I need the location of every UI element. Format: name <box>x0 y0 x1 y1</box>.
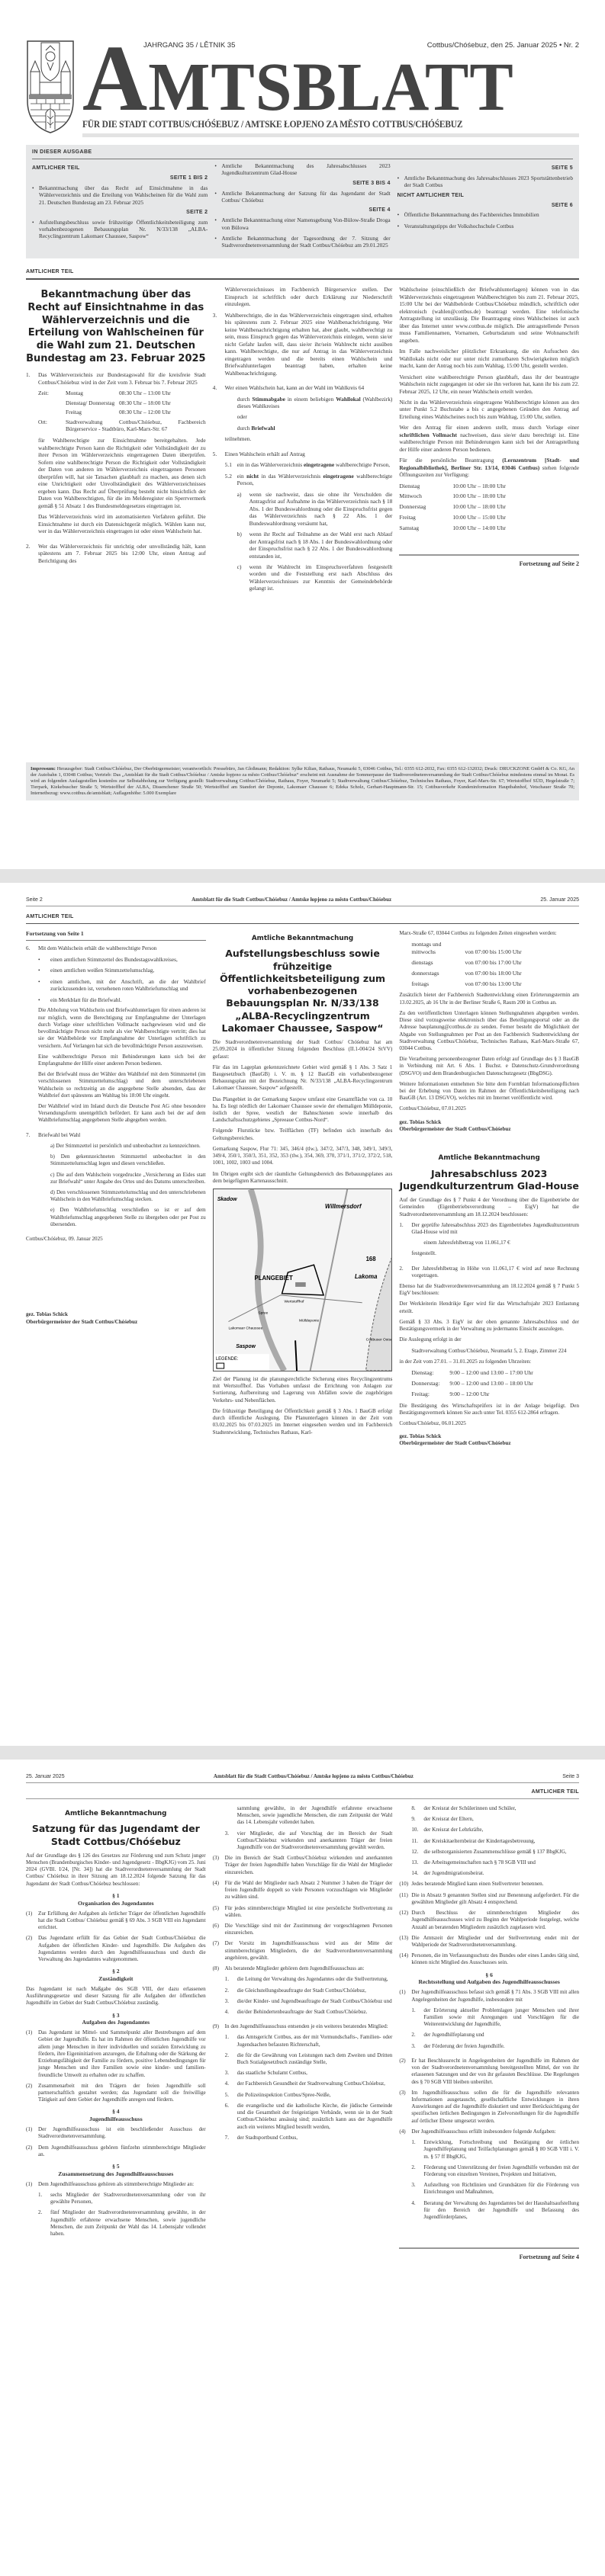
svg-text:Saspow: Saspow <box>236 1344 256 1349</box>
page-1: JAHRGANG 35 / LĚTNIK 35 Cottbus/Chóśebuz… <box>0 0 605 869</box>
masthead-rule <box>82 133 579 137</box>
toc-item[interactable]: Amtliche Bekanntmachung des Jahresabschl… <box>397 175 573 189</box>
publication-subtitle: FÜR DIE STADT COTTBUS/CHÓŚEBUZ / AMTSKE … <box>82 119 544 131</box>
article-title: Bekanntmachung über das Recht auf Einsic… <box>26 289 206 365</box>
toc-column-1: AMTLICHER TEIL SEITE 1 BIS 2 Bekanntmach… <box>32 162 208 253</box>
article-title: Aufstellungsbeschluss sowie frühzeitige … <box>213 948 393 1035</box>
column-3: Wahlscheine (einschließlich der Briefwah… <box>399 286 579 599</box>
column-2: Wählerverzeichnisses im Fachbereich Bürg… <box>213 286 393 599</box>
table-of-contents: IN DIESER AUSGABE AMTLICHER TEIL SEITE 1… <box>26 145 579 258</box>
running-header: Seite 2 Amtsblatt für die Stadt Cottbus/… <box>26 897 579 906</box>
page-2: Seite 2 Amtsblatt für die Stadt Cottbus/… <box>0 869 605 1746</box>
column-1: Amtliche Bekanntmachung Satzung für das … <box>26 1805 206 2262</box>
svg-text:Willmersdorf: Willmersdorf <box>325 1203 362 1210</box>
schedule-table: Zeit:Montag08:30 Uhr – 13:00 Uhr Diensta… <box>38 390 206 432</box>
column-2: Amtliche Bekanntmachung Aufstellungsbesc… <box>213 930 393 1448</box>
svg-text:Wertstoffhof: Wertstoffhof <box>284 1300 304 1304</box>
publication-title: AMTSBLATT <box>82 46 579 120</box>
toc-item[interactable]: Veranstaltungstipps der Volkshochschule … <box>397 223 573 229</box>
toc-heading: IN DIESER AUSGABE <box>32 149 573 159</box>
toc-item[interactable]: Aufstellungsbeschluss sowie frühzeitige … <box>32 219 208 240</box>
column-1: Fortsetzung von Seite 1 6. Mit dem Wahls… <box>26 930 206 1448</box>
toc-item[interactable]: Amtliche Bekanntmachung der Satzung für … <box>214 190 390 204</box>
section-label: AMTLICHER TEIL <box>26 258 579 280</box>
viewing-hours-table: montags und mittwochsvon 07:00 bis 15:00… <box>399 941 579 987</box>
toc-column-3: SEITE 5 Amtliche Bekanntmachung des Jahr… <box>397 162 573 253</box>
toc-item[interactable]: Amtliche Bekanntmachung der Tagesordnung… <box>214 235 390 249</box>
opening-hours-table: Dienstag10:00 Uhr – 18:00 Uhr Mittwoch10… <box>399 483 579 532</box>
toc-item[interactable]: Amtliche Bekanntmachung des Jahresabschl… <box>214 162 390 177</box>
svg-text:Spree: Spree <box>258 1311 268 1316</box>
continued-link[interactable]: Fortsetzung auf Seite 2 <box>399 554 579 568</box>
running-header: 25. Januar 2025 Amtsblatt für die Stadt … <box>26 1773 579 1783</box>
continued-link[interactable]: Fortsetzung auf Seite 4 <box>399 2247 579 2261</box>
city-coat-of-arms-icon <box>26 40 75 134</box>
site-plan-map: Skadow Willmersdorf 168 PLANGEBIET Lakom… <box>213 1189 393 1371</box>
section-label: AMTLICHER TEIL <box>26 1783 579 1799</box>
signature: gez. Tobias SchickOberbürgermeister der … <box>399 1433 579 1447</box>
section-label: AMTLICHER TEIL <box>26 906 579 924</box>
toc-item[interactable]: Amtliche Bekanntmachung einer Namensgebu… <box>214 217 390 231</box>
masthead-text: JAHRGANG 35 / LĚTNIK 35 Cottbus/Chóśebuz… <box>82 40 579 137</box>
column-3: 8.der Kreisrat der Schülerinnen und Schü… <box>399 1805 579 2262</box>
impressum: Impressum: Herausgeber: Stadt Cottbus/Ch… <box>26 762 579 800</box>
svg-text:Skadow: Skadow <box>217 1197 237 1202</box>
svg-text:168: 168 <box>365 1256 376 1262</box>
svg-text:Lakoma: Lakoma <box>355 1273 378 1280</box>
svg-text:PLANGEBIET: PLANGEBIET <box>254 1275 292 1282</box>
column-1: Bekanntmachung über das Recht auf Einsic… <box>26 286 206 599</box>
svg-text:LEGENDE:: LEGENDE: <box>216 1357 239 1362</box>
article-title: Jahresabschluss 2023 Jugendkulturzentrum… <box>399 1168 579 1193</box>
signature: gez. Tobias SchickOberbürgermeister der … <box>26 1311 206 1325</box>
masthead: JAHRGANG 35 / LĚTNIK 35 Cottbus/Chóśebuz… <box>26 40 579 139</box>
display-hours-table: Dienstag:9:00 – 12:00 und 13:00 – 17:00 … <box>399 1369 579 1398</box>
svg-text:Lakomaer Chaussee: Lakomaer Chaussee <box>228 1326 262 1330</box>
svg-text:Cottbuser Ostsee: Cottbuser Ostsee <box>365 1337 391 1342</box>
column-3: Marx-Straße 67, 03044 Cottbus zu folgend… <box>399 930 579 1448</box>
svg-text:Mülldeponie: Mülldeponie <box>299 1319 319 1323</box>
toc-column-2: Amtliche Bekanntmachung des Jahresabschl… <box>214 162 390 253</box>
toc-item[interactable]: Bekanntmachung über das Recht auf Einsic… <box>32 184 208 206</box>
map-icon: Skadow Willmersdorf 168 PLANGEBIET Lakom… <box>214 1189 392 1371</box>
signature: gez. Tobias SchickOberbürgermeister der … <box>399 1119 579 1133</box>
page-3: 25. Januar 2025 Amtsblatt für die Stadt … <box>0 1746 605 2576</box>
toc-item[interactable]: Öffentliche Bekanntmachung des Fachberei… <box>397 211 573 218</box>
column-2: sammlung gewählte, in der Jugendhilfe er… <box>213 1805 393 2262</box>
article-title: Satzung für das Jugendamt der Stadt Cott… <box>26 1823 206 1848</box>
